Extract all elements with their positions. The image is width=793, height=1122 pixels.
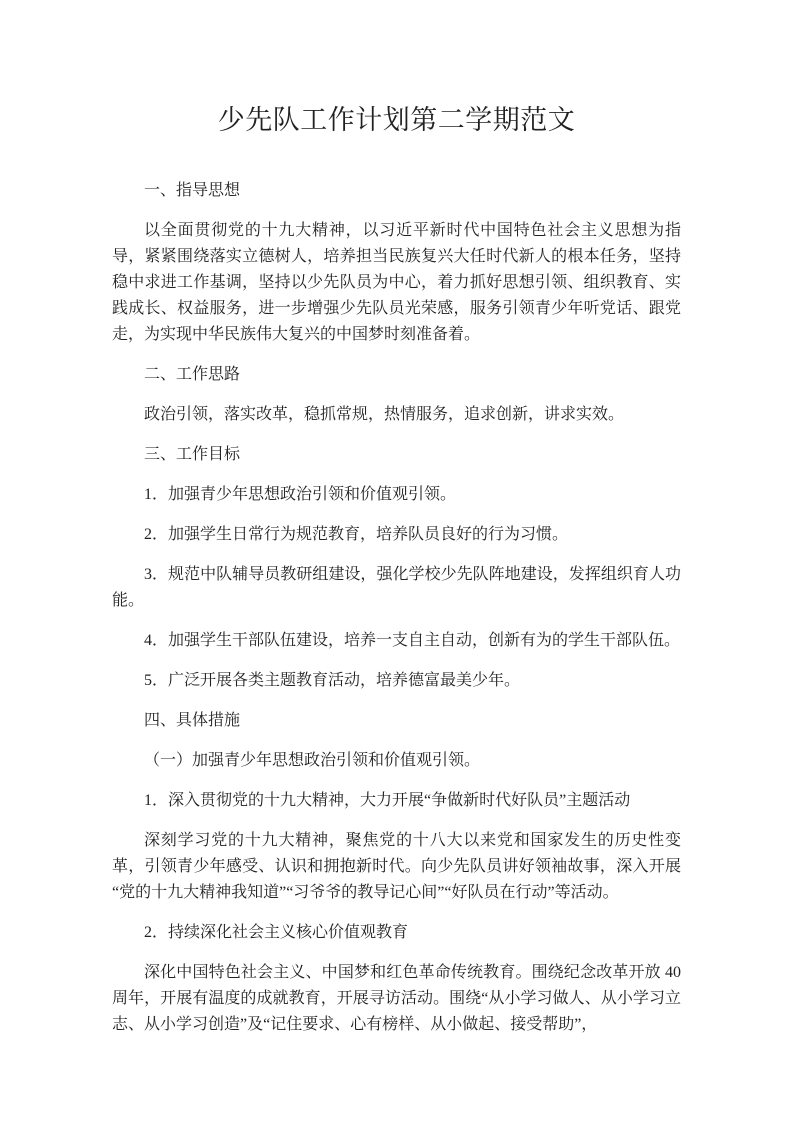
section-heading-1: 一、指导思想 [112,178,681,204]
list-item-3: 3．规范中队辅导员教研组建设，强化学校少先队阵地建设，发挥组织育人功能。 [112,562,681,614]
document-title: 少先队工作计划第二学期范文 [112,100,681,140]
section-heading-2: 二、工作思路 [112,362,681,388]
subsection-heading: （一）加强青少年思想政治引领和价值观引领。 [112,748,681,774]
list-item-2: 2．加强学生日常行为规范教育，培养队员良好的行为习惯。 [112,522,681,548]
body-paragraph: 深化中国特色社会主义、中国梦和红色革命传统教育。围绕纪念改革开放 40 周年，开… [112,960,681,1038]
sub-item-1: 1．深入贯彻党的十九大精神，大力开展“争做新时代好队员”主题活动 [112,788,681,814]
body-paragraph: 以全面贯彻党的十九大精神，以习近平新时代中国特色社会主义思想为指导，紧紧围绕落实… [112,218,681,348]
sub-item-2: 2．持续深化社会主义核心价值观教育 [112,920,681,946]
list-item-4: 4．加强学生干部队伍建设，培养一支自主自动，创新有为的学生干部队伍。 [112,628,681,654]
list-item-1: 1．加强青少年思想政治引领和价值观引领。 [112,482,681,508]
body-paragraph: 政治引领，落实改革，稳抓常规，热情服务，追求创新，讲求实效。 [112,402,681,428]
body-paragraph: 深刻学习党的十九大精神，聚焦党的十八大以来党和国家发生的历史性变革，引领青少年感… [112,828,681,906]
section-heading-3: 三、工作目标 [112,442,681,468]
section-heading-4: 四、具体措施 [112,708,681,734]
list-item-5: 5．广泛开展各类主题教育活动，培养德富最美少年。 [112,668,681,694]
document-page: 少先队工作计划第二学期范文 一、指导思想 以全面贯彻党的十九大精神，以习近平新时… [0,0,793,1122]
